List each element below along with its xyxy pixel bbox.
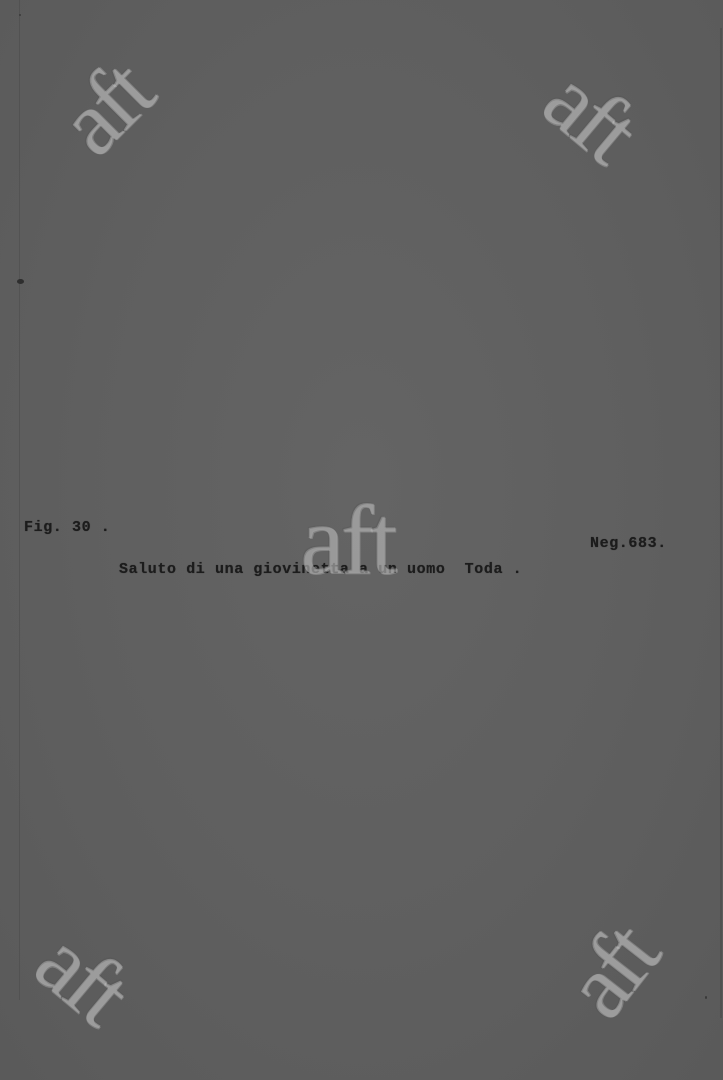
watermark-bottom-right: aft (548, 909, 673, 1033)
watermark-top-left: aft (42, 45, 167, 170)
negative-number: Neg.683. (590, 535, 667, 552)
watermark-top-right: aft (528, 51, 652, 176)
figure-label: Fig. 30 . (24, 519, 110, 536)
right-edge-line (720, 28, 722, 1018)
left-edge-line (19, 0, 20, 1000)
watermark-center: aft (300, 490, 393, 590)
ink-speck (17, 279, 24, 284)
document-page: aft aft Fig. 30 . Neg.683. Saluto di una… (0, 0, 723, 1080)
ink-speck (705, 996, 707, 999)
ink-speck (19, 14, 21, 16)
watermark-bottom-left: aft (20, 913, 144, 1038)
